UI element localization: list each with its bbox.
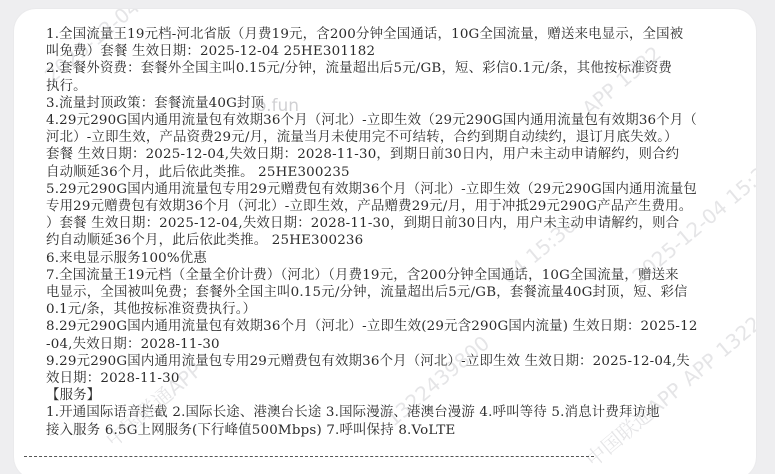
text-line: 7.全国流量王19元档（全量全价计费）（河北）（月费19元，含200分钟全国通话… (46, 267, 751, 284)
text-line: 接入服务 6.5G上网服务(下行峰值500Mbps) 7.呼叫保持 8.VoLT… (46, 422, 751, 439)
text-line: 叫免费）套餐 生效日期：2025-12-04 25HE301182 (46, 43, 751, 60)
text-line: 3.流量封顶政策：套餐流量40G封顶 (46, 95, 751, 112)
text-line: 约自动顺延36个月，此后依此类推。 25HE300236 (46, 232, 751, 249)
section-heading-services: 【服务】 (46, 387, 751, 404)
text-line: 效日期：2028-11-30 (46, 370, 751, 387)
document-card: 1.全国流量王19元档-河北省版（月费19元，含200分钟全国通话，10G全国流… (14, 9, 756, 474)
text-line: 套餐 生效日期：2025-12-04,失效日期：2028-11-30，到期日前3… (46, 146, 751, 163)
text-line: 2.套餐外资费：套餐外全国主叫0.15元/分钟，流量超出后5元/GB，短、彩信0… (46, 60, 751, 77)
text-line: 8.29元290G国内通用流量包有效期36个月（河北）-立即生效(29元含290… (46, 318, 751, 335)
plan-details-text: 1.全国流量王19元档-河北省版（月费19元，含200分钟全国通话，10G全国流… (46, 26, 751, 439)
text-line: 5.29元290G国内通用流量包专用29元赠费包有效期36个月（河北）-立即生效… (46, 181, 751, 198)
text-line: -04,失效日期：2028-11-30 (46, 336, 751, 353)
text-line: 自动顺延36个月，此后依此类推。 25HE300235 (46, 164, 751, 181)
text-line: 1.开通国际语音拦截 2.国际长途、港澳台长途 3.国际漫游、港澳台漫游 4.呼… (46, 404, 751, 421)
text-line: 6.来电显示服务100%优惠 (46, 250, 751, 267)
text-line: 0.1元/条，其他按标准资费执行。） (46, 301, 751, 318)
text-line: 9.29元290G国内通用流量包专用29元赠费包有效期36个月（河北）-立即生效… (46, 353, 751, 370)
text-line: 4.29元290G国内通用流量包有效期36个月（河北）-立即生效（29元290G… (46, 112, 751, 129)
text-line: 1.全国流量王19元档-河北省版（月费19元，含200分钟全国通话，10G全国流… (46, 26, 751, 43)
text-line: ）套餐 生效日期：2025-12-04,失效日期：2028-11-30，到期日前… (46, 215, 751, 232)
text-line: 电显示，全国被叫免费；套餐外全国主叫0.15元/分钟，流量超出后5元/GB，套餐… (46, 284, 751, 301)
text-line: 执行。 (46, 78, 751, 95)
text-line: 河北）-立即生效，产品资费29元/月，流量当月未使用完不可结转，合约到期自动续约… (46, 129, 751, 146)
text-line: 专用29元赠费包有效期36个月（河北）-立即生效，产品赠费29元/月，用于冲抵2… (46, 198, 751, 215)
dashed-divider (24, 456, 594, 457)
